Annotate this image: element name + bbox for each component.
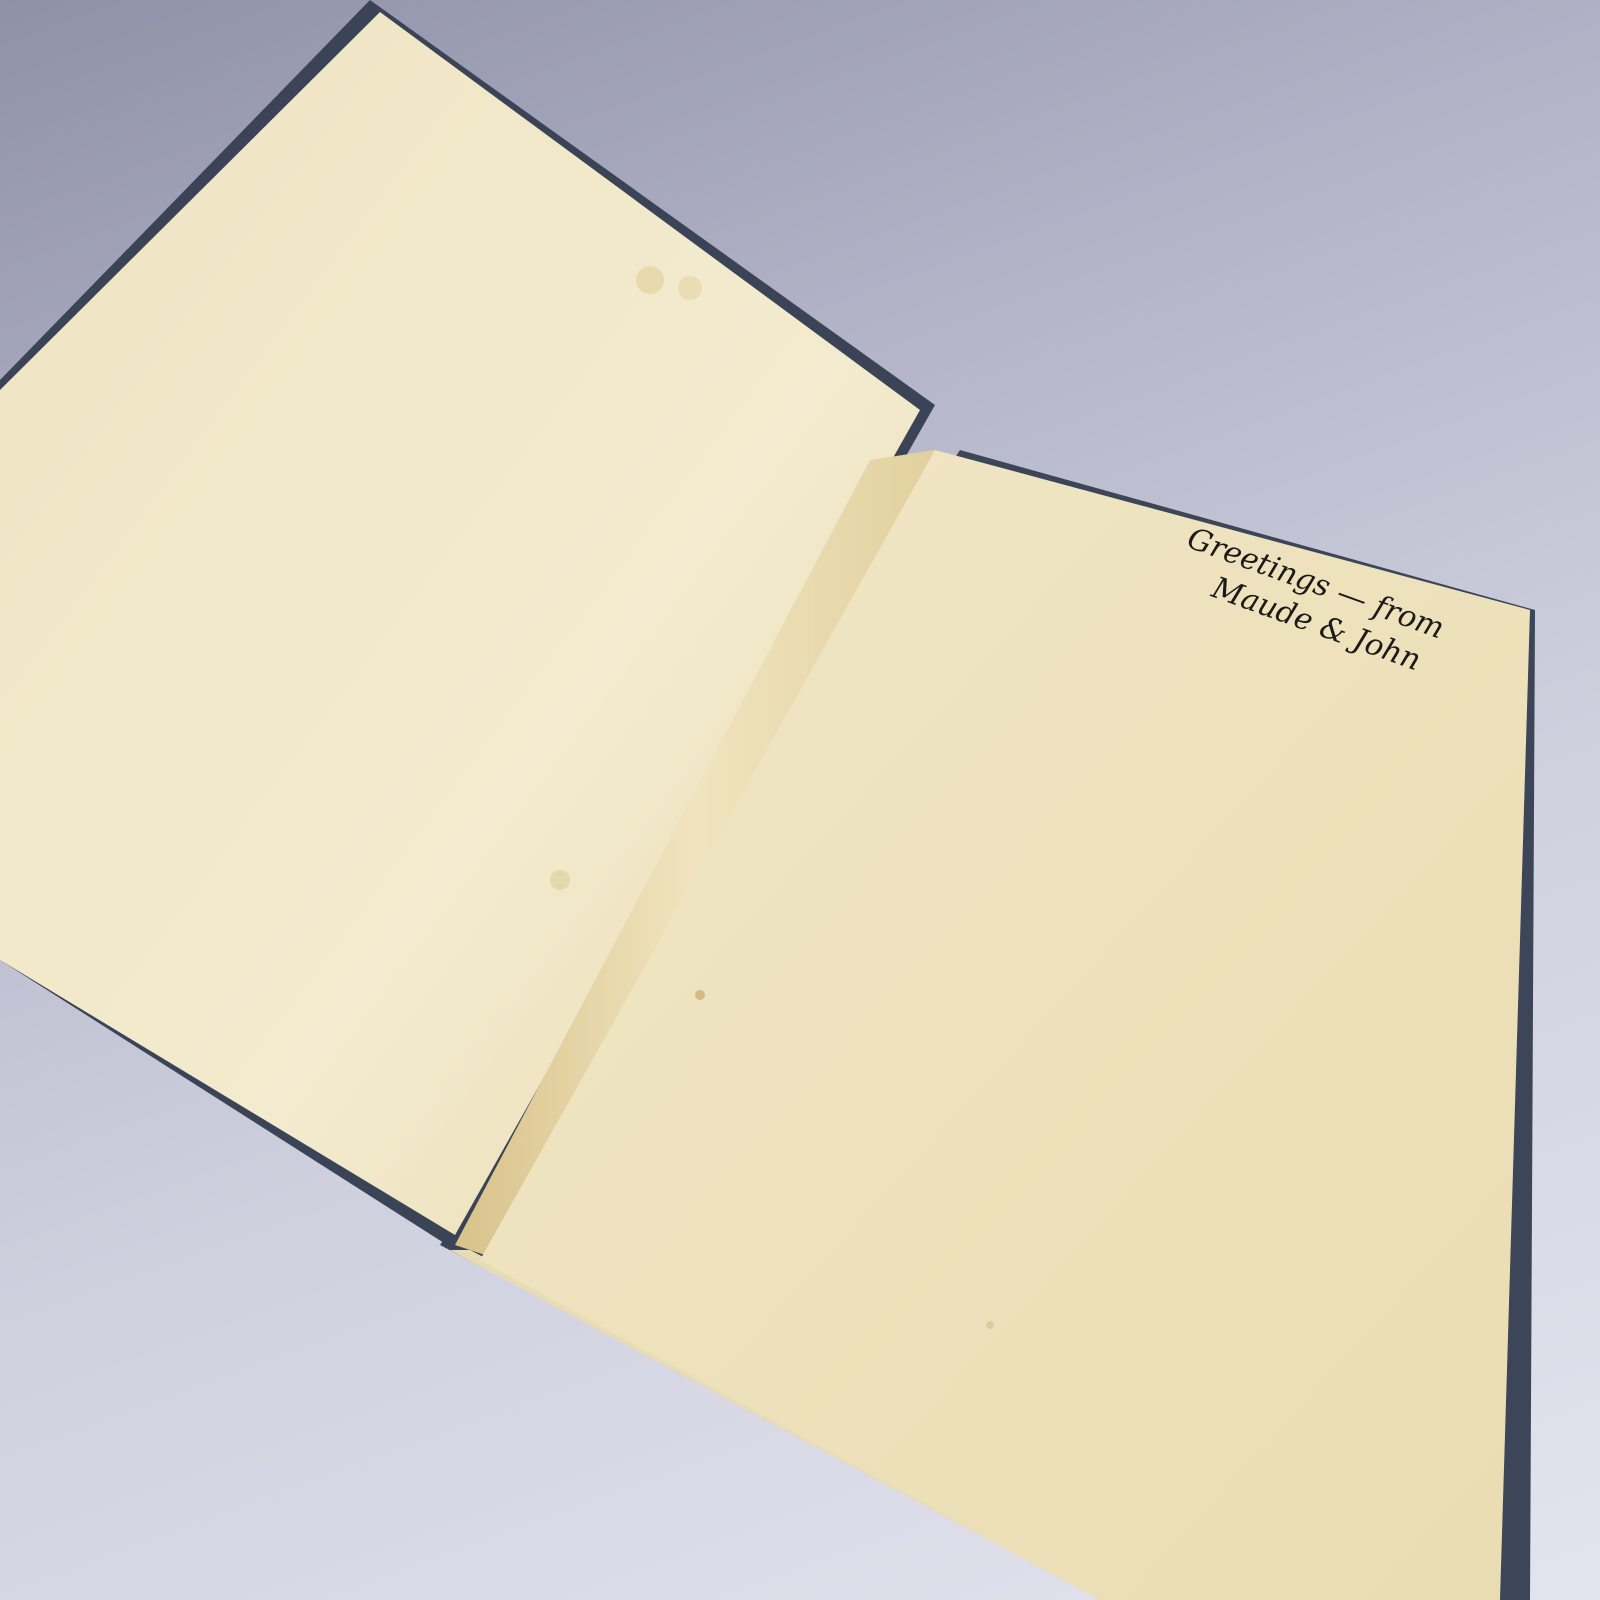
photo-scene: Greetings — from Maude & John Open antiq… xyxy=(0,0,1600,1600)
open-book xyxy=(0,0,1600,1600)
